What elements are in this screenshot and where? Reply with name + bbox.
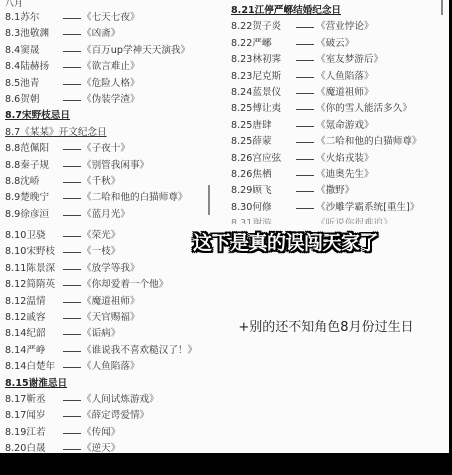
dash-divider xyxy=(63,100,81,101)
memorial-heading: 8.7宋野枝忌日 xyxy=(0,108,222,124)
novel-title: 《二哈和他的白猫师尊》 xyxy=(82,190,188,206)
character-name: 8.20白晟 xyxy=(5,441,46,453)
character-name: 8.3池敬渊 xyxy=(5,26,49,42)
character-name: 8.17闻岁 xyxy=(5,408,46,424)
month-header: 八月 xyxy=(0,0,222,10)
list-item: 8.10卫骁《荣光》 xyxy=(0,228,222,244)
novel-title: 《危险人格》 xyxy=(82,76,140,92)
character-name: 8.14纪韶 xyxy=(5,326,46,342)
novel-title: 《迪奥先生》 xyxy=(316,167,374,183)
character-name: 8.8沈峤 xyxy=(5,174,39,190)
character-name: 8.9楚晚宁 xyxy=(5,190,49,206)
entry-group-c: 8.10卫骁《荣光》 8.10宋野枝《一枝》 8.11陈景深《放学等我》 8.1… xyxy=(0,228,222,376)
dash-divider xyxy=(63,334,81,335)
novel-title: 《撒野》 xyxy=(316,183,354,199)
list-item: 8.26宫应弦《火焰戎装》 xyxy=(226,151,432,167)
list-item: 8.14严峥《谁说我不喜欢糙汉了！》 xyxy=(0,343,222,359)
list-item: 8.17闻岁《薛定谔爱情》 xyxy=(0,408,222,424)
entry-group-a: 8.1苏尔《七天七夜》 8.3池敬渊《凶斋》 8.4窦晟《百万up学神天天演我》… xyxy=(0,10,222,108)
scrollbar-thumb[interactable] xyxy=(441,0,443,15)
dash-divider xyxy=(296,142,314,143)
novel-title: 《七天七夜》 xyxy=(82,10,140,26)
list-item: 8.5池青《危险人格》 xyxy=(0,76,222,92)
novel-title: 《魔道祖师》 xyxy=(82,294,140,310)
dash-divider xyxy=(63,318,81,319)
character-name: 8.25傅让夷 xyxy=(231,101,281,117)
character-name: 8.24蓝景仪 xyxy=(231,85,281,101)
novel-title: 《蓝月光》 xyxy=(82,207,130,223)
dash-divider xyxy=(63,285,81,286)
novel-title: 《人鱼陷落》 xyxy=(82,359,140,375)
novel-title: 《营业悖论》 xyxy=(316,19,374,35)
list-item: 8.8沈峤《千秋》 xyxy=(0,174,222,190)
novel-title: 《谁说我不喜欢糙汉了！》 xyxy=(82,343,197,359)
list-item: 8.12戚容《天官赐福》 xyxy=(0,310,222,326)
character-name: 8.26宫应弦 xyxy=(231,151,281,167)
dash-divider xyxy=(63,166,81,167)
dash-divider xyxy=(63,215,81,216)
character-name: 8.23尼克斯 xyxy=(231,69,281,85)
list-item: 8.3池敬渊《凶斋》 xyxy=(0,26,222,42)
dash-divider xyxy=(63,51,81,52)
character-name: 8.10卫骁 xyxy=(5,228,46,244)
dash-divider xyxy=(63,18,81,19)
character-name: 8.22严峫 xyxy=(231,36,272,52)
character-name: 8.10宋野枝 xyxy=(5,244,55,260)
novel-title: 《你却爱着一个他》 xyxy=(82,277,168,293)
novel-title: 《沙雕学霸系统[重生]》 xyxy=(316,200,419,216)
list-item: 8.12简隋英《你却爱着一个他》 xyxy=(0,277,222,293)
dash-divider xyxy=(63,433,81,434)
dash-divider xyxy=(63,269,81,270)
novel-title: 《人鱼陷落》 xyxy=(316,69,374,85)
novel-title: 《二哈和他的白猫师尊》 xyxy=(316,134,422,150)
novel-title: 《薛定谔爱情》 xyxy=(82,408,149,424)
left-column: 八月 8.1苏尔《七天七夜》 8.3池敬渊《凶斋》 8.4窦晟《百万up学神天天… xyxy=(0,0,222,453)
scroll-indicator xyxy=(208,185,210,215)
character-name: 8.6贺朝 xyxy=(5,92,39,108)
overlay-note: +别的还不知角色8月份过生日 xyxy=(226,318,426,338)
dash-divider xyxy=(296,44,314,45)
character-name: 8.1苏尔 xyxy=(5,10,39,26)
list-item: 8.10宋野枝《一枝》 xyxy=(0,244,222,260)
novel-title: 《破云》 xyxy=(316,36,354,52)
novel-title: 《逆天》 xyxy=(82,441,120,453)
dash-divider xyxy=(63,182,81,183)
list-item: 8.22严峫《破云》 xyxy=(226,36,432,52)
novel-title: 《欲言难止》 xyxy=(82,59,140,75)
novel-title: 《听说你很难追》 xyxy=(316,216,393,224)
character-name: 8.30何修 xyxy=(231,200,272,216)
dash-divider xyxy=(63,302,81,303)
novel-title: 《天官赐福》 xyxy=(82,310,140,326)
list-item: 8.4陆赫扬《欲言难止》 xyxy=(0,59,222,75)
dash-divider xyxy=(296,159,314,160)
character-name: 8.31谢游 xyxy=(231,216,272,224)
list-item: 8.14纪韶《诟病》 xyxy=(0,326,222,342)
list-item: 8.29顾飞《撒野》 xyxy=(226,183,432,199)
novel-title: 《放学等我》 xyxy=(82,261,140,277)
novel-title: 《一枝》 xyxy=(82,244,120,260)
novel-title: 《凶斋》 xyxy=(82,26,120,42)
list-item: 8.9楚晚宁《二哈和他的白猫师尊》 xyxy=(0,190,222,206)
novel-title: 《氪命游戏》 xyxy=(316,118,374,134)
letterbox-bar xyxy=(0,453,452,475)
list-item: 8.26焦栖《迪奥先生》 xyxy=(226,167,432,183)
character-name: 8.14严峥 xyxy=(5,343,46,359)
list-item: 8.4窦晟《百万up学神天天演我》 xyxy=(0,43,222,59)
list-item: 8.25傅让夷《你的雪人能活多久》 xyxy=(226,101,432,117)
character-name: 8.11陈景深 xyxy=(5,261,55,277)
dash-divider xyxy=(296,27,314,28)
list-item: 8.23林初霁《室友梦游后》 xyxy=(226,52,432,68)
list-item: 8.9徐彦洹《蓝月光》 xyxy=(0,207,222,223)
dash-divider xyxy=(63,416,81,417)
list-item: 8.25薛蒙《二哈和他的白猫师尊》 xyxy=(226,134,432,150)
dash-divider xyxy=(63,400,81,401)
dash-divider xyxy=(296,109,314,110)
character-name: 8.25唐肆 xyxy=(231,118,272,134)
character-name: 8.5池青 xyxy=(5,76,39,92)
dash-divider xyxy=(296,126,314,127)
dash-divider xyxy=(63,367,81,368)
novel-title: 《诟病》 xyxy=(82,326,120,342)
entry-group-b: 8.8范佩阳《子夜十》 8.8秦子规《别管我闲事》 8.8沈峤《千秋》 8.9楚… xyxy=(0,141,222,223)
dash-divider xyxy=(63,149,81,150)
character-name: 8.29顾飞 xyxy=(231,183,272,199)
list-item: 8.25唐肆《氪命游戏》 xyxy=(226,118,432,134)
dash-divider xyxy=(63,198,81,199)
dash-divider xyxy=(296,60,314,61)
anniversary-heading: 8.21江停严峫结婚纪念日 xyxy=(226,3,432,19)
list-item: 8.6贺朝《伪装学渣》 xyxy=(0,92,222,108)
dash-divider xyxy=(63,34,81,35)
novel-title: 《传闻》 xyxy=(82,425,120,441)
dash-divider xyxy=(296,77,314,78)
character-name: 8.9徐彦洹 xyxy=(5,207,49,223)
dash-divider xyxy=(63,84,81,85)
character-name: 8.12温情 xyxy=(5,294,46,310)
dash-divider xyxy=(63,351,81,352)
dash-divider xyxy=(296,191,314,192)
list-item: 8.14白楚年《人鱼陷落》 xyxy=(0,359,222,375)
character-name: 8.26焦栖 xyxy=(231,167,272,183)
novel-title: 《室友梦游后》 xyxy=(316,52,383,68)
list-item: 8.30何修《沙雕学霸系统[重生]》 xyxy=(226,200,432,216)
dash-divider xyxy=(296,175,314,176)
dash-divider xyxy=(296,93,314,94)
novel-title: 《别管我闲事》 xyxy=(82,158,149,174)
video-caption: 这下是真的误闯天家了 xyxy=(193,228,378,255)
list-item: 8.24蓝景仪《魔道祖师》 xyxy=(226,85,432,101)
list-item: 8.23尼克斯《人鱼陷落》 xyxy=(226,69,432,85)
novel-title: 《你的雪人能活多久》 xyxy=(316,101,412,117)
list-item: 8.11陈景深《放学等我》 xyxy=(0,261,222,277)
novel-title: 《子夜十》 xyxy=(82,141,130,157)
memorial-heading: 8.15谢淮忌日 xyxy=(0,376,222,392)
character-name: 8.25薛蒙 xyxy=(231,134,272,150)
novel-title: 《百万up学神天天演我》 xyxy=(82,43,190,59)
list-item: 8.20白晟《逆天》 xyxy=(0,441,222,453)
novel-title: 《荣光》 xyxy=(82,228,120,244)
right-column: 8.21江停严峫结婚纪念日 8.22贺子炎《营业悖论》 8.22严峫《破云》 8… xyxy=(226,3,432,224)
character-name: 8.8秦子规 xyxy=(5,158,49,174)
list-item: 8.8范佩阳《子夜十》 xyxy=(0,141,222,157)
character-name: 8.12简隋英 xyxy=(5,277,55,293)
dash-divider xyxy=(63,236,81,237)
document-page: 八月 8.1苏尔《七天七夜》 8.3池敬渊《凶斋》 8.4窦晟《百万up学神天天… xyxy=(0,0,452,453)
dash-divider xyxy=(296,208,314,209)
dash-divider xyxy=(63,449,81,450)
dash-divider xyxy=(63,252,81,253)
list-item: 8.17靳丞《人间试炼游戏》 xyxy=(0,392,222,408)
character-name: 8.8范佩阳 xyxy=(5,141,49,157)
character-name: 8.17靳丞 xyxy=(5,392,46,408)
dash-divider xyxy=(63,67,81,68)
character-name: 8.23林初霁 xyxy=(231,52,281,68)
character-name: 8.19江若 xyxy=(5,425,46,441)
character-name: 8.22贺子炎 xyxy=(231,19,281,35)
character-name: 8.14白楚年 xyxy=(5,359,55,375)
anniversary-note: 8.7《某某》开文纪念日 xyxy=(0,125,222,141)
list-item: 8.1苏尔《七天七夜》 xyxy=(0,10,222,26)
novel-title: 《千秋》 xyxy=(82,174,120,190)
list-item: 8.19江若《传闻》 xyxy=(0,425,222,441)
entry-group-d: 8.17靳丞《人间试炼游戏》 8.17闻岁《薛定谔爱情》 8.19江若《传闻》 … xyxy=(0,392,222,453)
list-item: 8.8秦子规《别管我闲事》 xyxy=(0,158,222,174)
list-item-clipped: 8.31谢游《听说你很难追》 xyxy=(226,216,432,224)
list-item: 8.22贺子炎《营业悖论》 xyxy=(226,19,432,35)
character-name: 8.12戚容 xyxy=(5,310,46,326)
novel-title: 《魔道祖师》 xyxy=(316,85,374,101)
character-name: 8.4陆赫扬 xyxy=(5,59,49,75)
novel-title: 《火焰戎装》 xyxy=(316,151,374,167)
character-name: 8.4窦晟 xyxy=(5,43,39,59)
list-item: 8.12温情《魔道祖师》 xyxy=(0,294,222,310)
novel-title: 《伪装学渣》 xyxy=(82,92,140,108)
novel-title: 《人间试炼游戏》 xyxy=(82,392,159,408)
